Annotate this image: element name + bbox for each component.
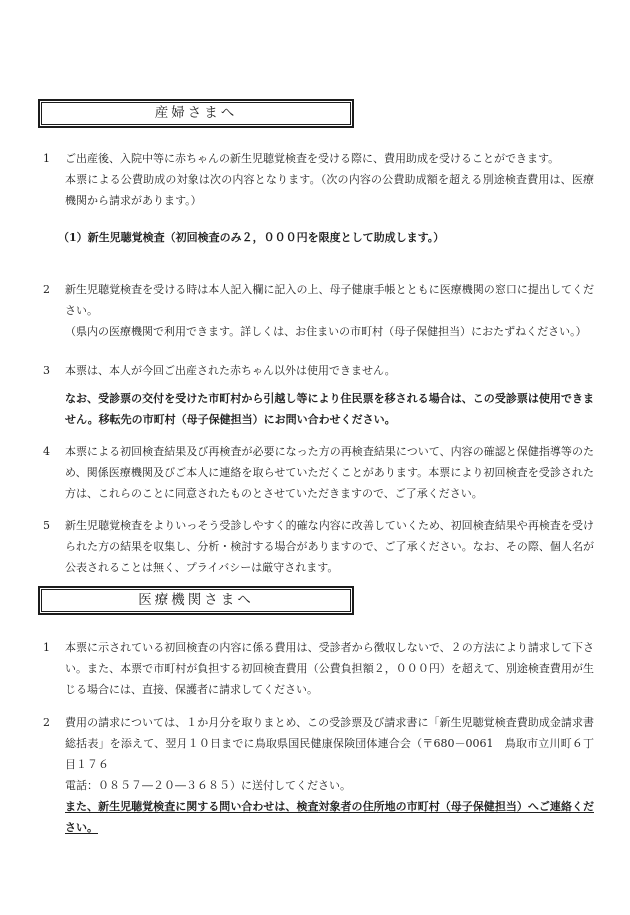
paragraph: 本票による初回検査結果及び再検査が必要になった方の再検査結果について、内容の確認… <box>65 441 594 504</box>
bold-underlined-note: また、新生児聴覚検査に関する問い合わせは、検査対象者の住所地の市町村（母子保健担… <box>65 796 594 838</box>
paragraph: 本票は、本人が今回ご出産された赤ちゃん以外は使用できません。 <box>65 360 594 381</box>
paragraph: 本票に示されている初回検査の内容に係る費用は、受診者から徴収しないで、２の方法に… <box>65 637 594 700</box>
item-body: 新生児聴覚検査をよりいっそう受診しやすく的確な内容に改善していくため、初回検査結… <box>65 515 594 578</box>
paragraph: 本票による公費助成の対象は次の内容となります。（次の内容の公費助成額を超える別途… <box>65 169 594 211</box>
document-page: 産婦さまへ 1 ご出産後、入院中等に赤ちゃんの新生児聴覚検査を受ける際に、費用助… <box>0 0 630 915</box>
item-body: 費用の請求については、１か月分を取りまとめ、この受診票及び請求書に「新生児聴覚検… <box>65 712 594 838</box>
item-number: 1 <box>38 148 65 169</box>
item-number: 1 <box>38 637 65 658</box>
paragraph: ご出産後、入院中等に赤ちゃんの新生児聴覚検査を受ける際に、費用助成を受けることが… <box>65 148 594 169</box>
paragraph: （県内の医療機関で利用できます。詳しくは、お住まいの市町村（母子保健担当）におた… <box>65 321 594 342</box>
paragraph: 費用の請求については、１か月分を取りまとめ、この受診票及び請求書に「新生児聴覚検… <box>65 712 594 775</box>
mothers-section-header-box: 産婦さまへ <box>38 99 354 128</box>
mothers-item-1: 1 ご出産後、入院中等に赤ちゃんの新生児聴覚検査を受ける際に、費用助成を受けるこ… <box>38 148 594 211</box>
item-body: 本票は、本人が今回ご出産された赤ちゃん以外は使用できません。 なお、受診票の交付… <box>65 360 594 430</box>
paragraph: 新生児聴覚検査を受ける時は本人記入欄に記入の上、母子健康手帳とともに医療機関の窓… <box>65 279 594 321</box>
medical-item-1: 1 本票に示されている初回検査の内容に係る費用は、受診者から徴収しないで、２の方… <box>38 637 594 700</box>
mothers-item-2: 2 新生児聴覚検査を受ける時は本人記入欄に記入の上、母子健康手帳とともに医療機関… <box>38 279 594 342</box>
mothers-section-title: 産婦さまへ <box>41 102 351 125</box>
mothers-item-3: 3 本票は、本人が今回ご出産された赤ちゃん以外は使用できません。 なお、受診票の… <box>38 360 594 430</box>
item-number: 3 <box>38 360 65 381</box>
item-body: ご出産後、入院中等に赤ちゃんの新生児聴覚検査を受ける際に、費用助成を受けることが… <box>65 148 594 211</box>
medical-section-title: 医療機関さまへ <box>41 589 351 612</box>
medical-item-2: 2 費用の請求については、１か月分を取りまとめ、この受診票及び請求書に「新生児聴… <box>38 712 594 838</box>
mothers-item-4: 4 本票による初回検査結果及び再検査が必要になった方の再検査結果について、内容の… <box>38 441 594 504</box>
bold-note: なお、受診票の交付を受けた市町村から引越し等により住民票を移される場合は、この受… <box>65 388 594 430</box>
item-body: 本票に示されている初回検査の内容に係る費用は、受診者から徴収しないで、２の方法に… <box>65 637 594 700</box>
item-number: 5 <box>38 515 65 536</box>
item-number: 2 <box>38 712 65 733</box>
paragraph: 新生児聴覚検査をよりいっそう受診しやすく的確な内容に改善していくため、初回検査結… <box>65 515 594 578</box>
item-body: 新生児聴覚検査を受ける時は本人記入欄に記入の上、母子健康手帳とともに医療機関の窓… <box>65 279 594 342</box>
mothers-subitem-1: （1）新生児聴覚検査（初回検査のみ２，０００円を限度として助成します。） <box>58 227 594 248</box>
item-number: 4 <box>38 441 65 462</box>
item-body: 本票による初回検査結果及び再検査が必要になった方の再検査結果について、内容の確認… <box>65 441 594 504</box>
paragraph: 電話：０８５７―２０―３６８５）に送付してください。 <box>65 775 594 796</box>
medical-section-header-box: 医療機関さまへ <box>38 586 354 615</box>
mothers-item-5: 5 新生児聴覚検査をよりいっそう受診しやすく的確な内容に改善していくため、初回検… <box>38 515 594 578</box>
item-number: 2 <box>38 279 65 300</box>
